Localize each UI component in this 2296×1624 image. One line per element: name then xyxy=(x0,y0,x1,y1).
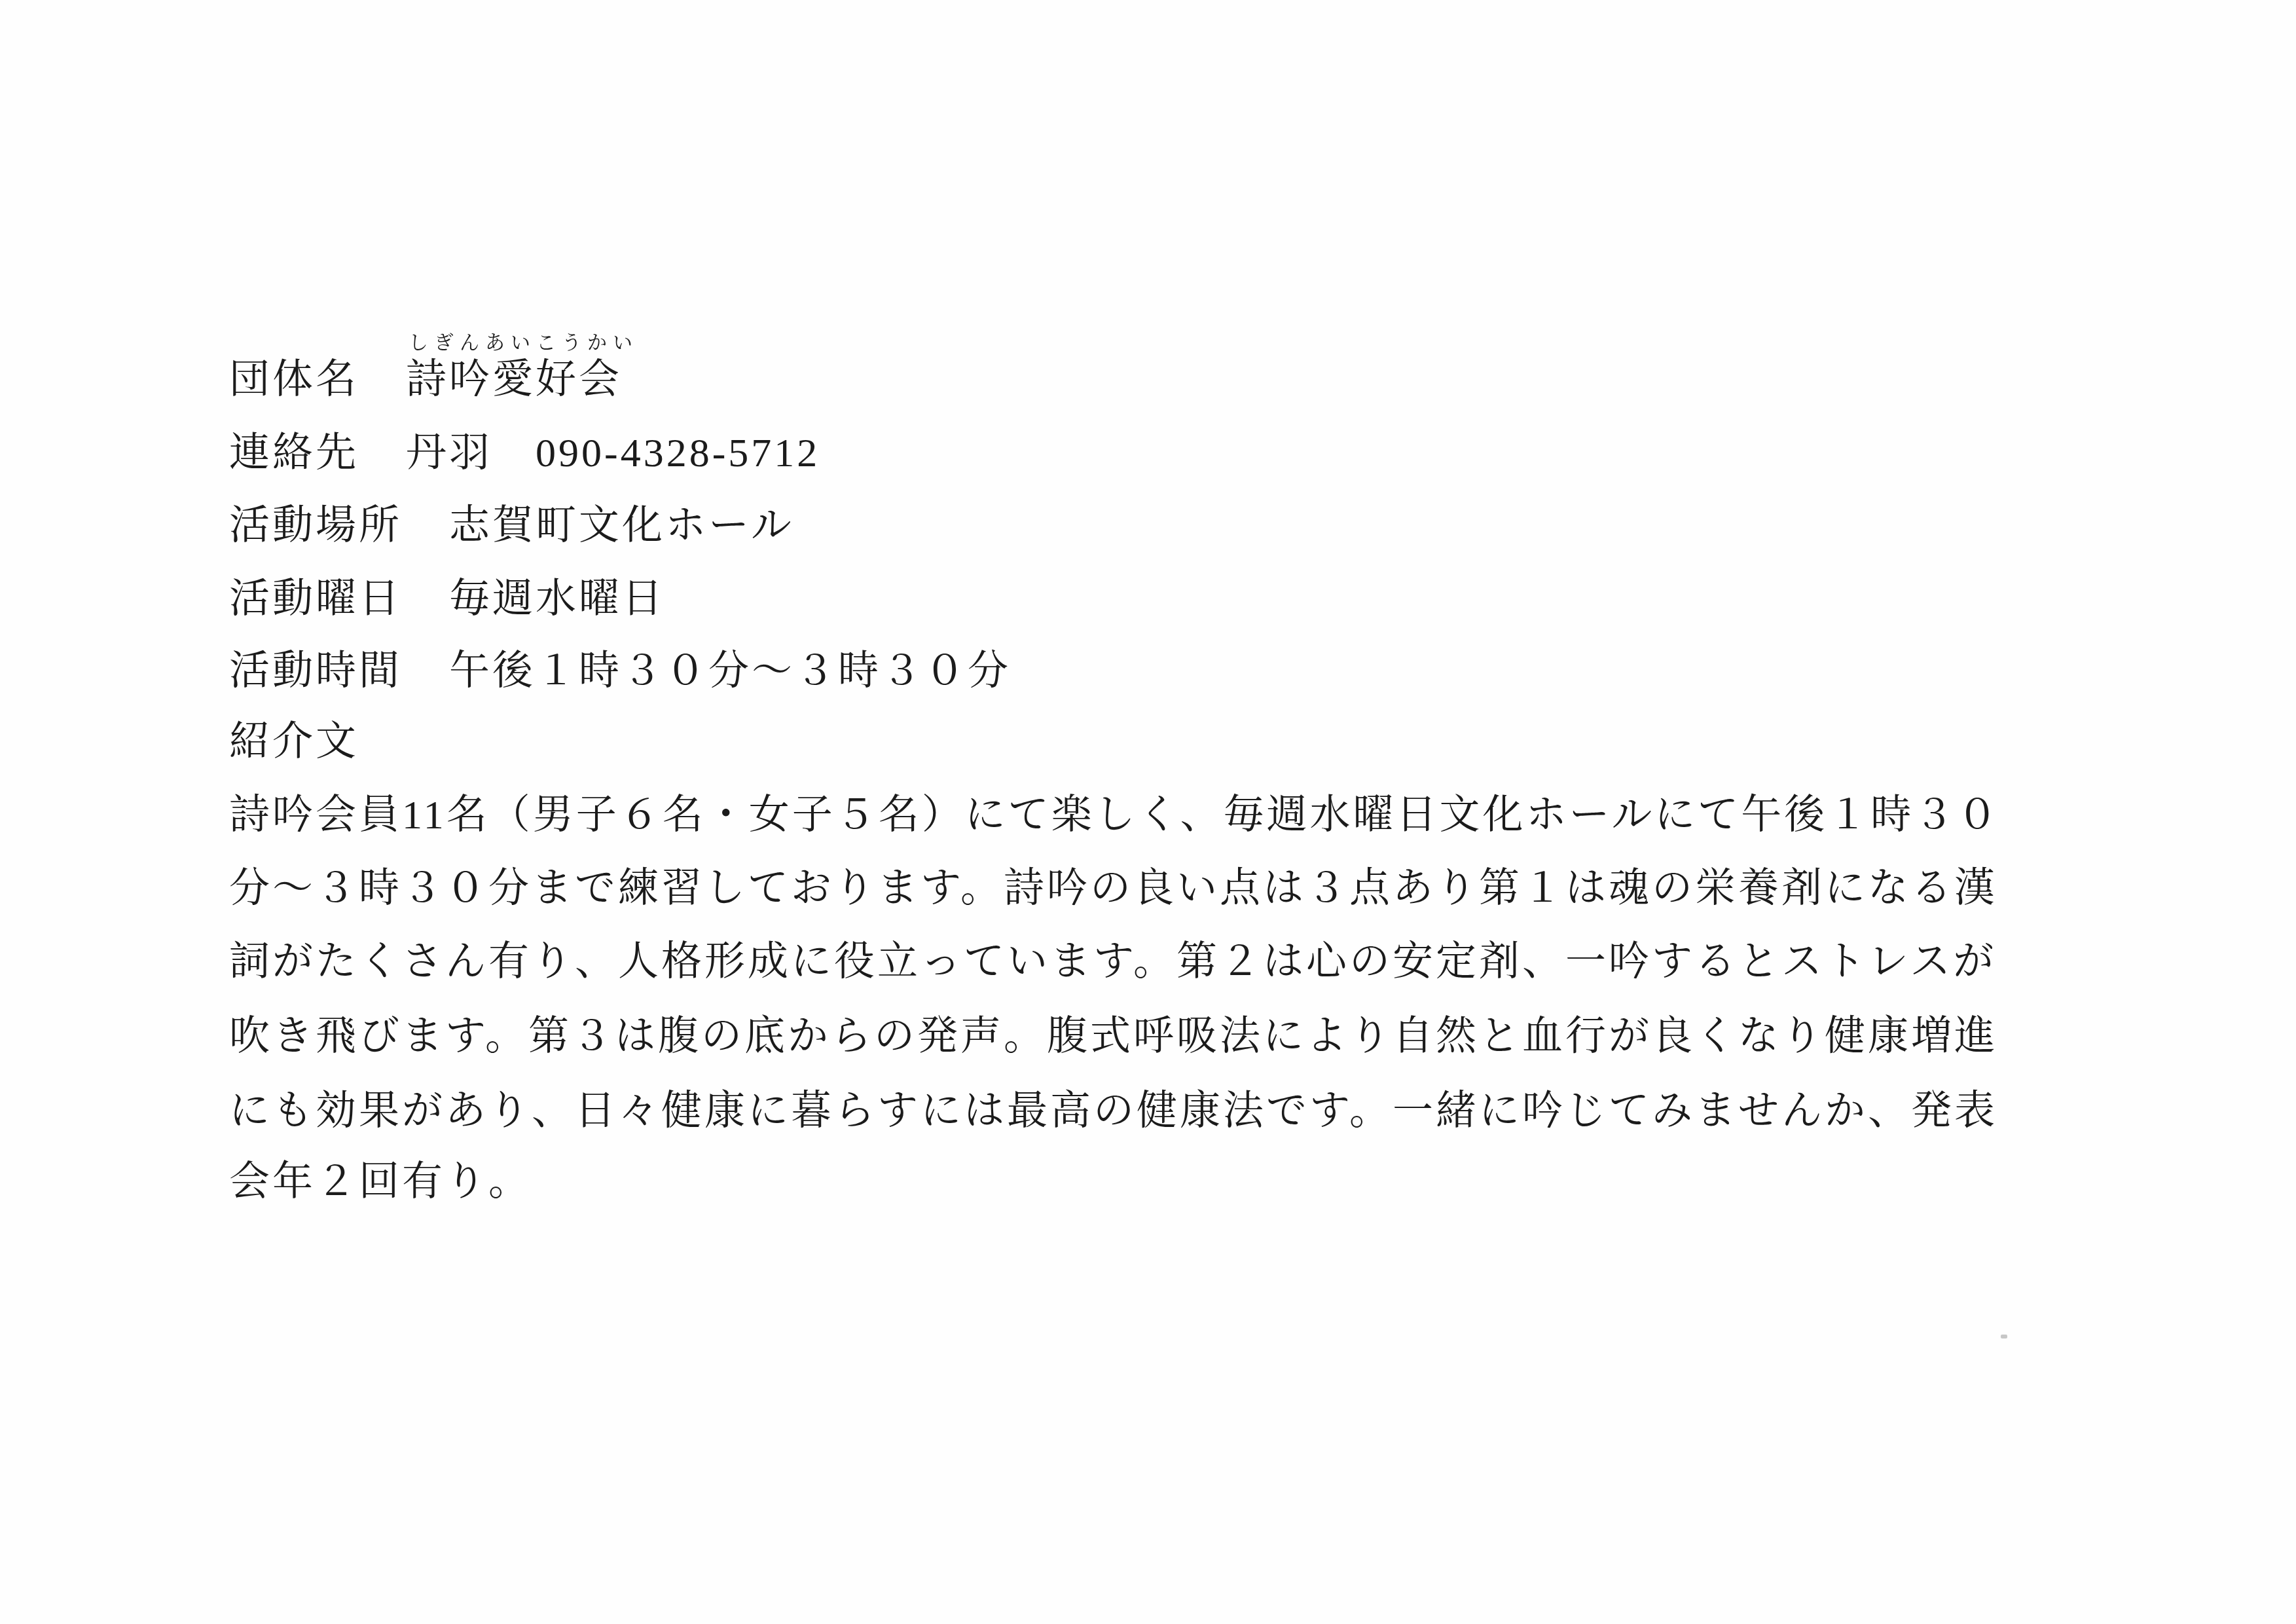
activity-time-value: 午後１時３０分～３時３０分 xyxy=(449,649,1011,693)
field-activity-day: 活動曜日毎週水曜日 xyxy=(229,575,665,623)
field-contact: 連絡先丹羽 090-4328-5712 xyxy=(229,429,820,477)
intro-paragraph-line-2: 分～３時３０分まで練習しております。詩吟の良い点は３点あり第１は魂の栄養剤になる… xyxy=(229,864,1997,913)
intro-paragraph-line-1: 詩吟会員11名（男子６名・女子５名）にて楽しく、毎週水曜日文化ホールにて午後１時… xyxy=(229,791,2000,840)
field-activity-time: 活動時間午後１時３０分～３時３０分 xyxy=(229,647,1011,695)
club-name-furigana: しぎんあいこうかい xyxy=(409,326,638,355)
field-group-name: 団体名詩吟愛好会 xyxy=(229,356,622,404)
activity-place-value: 志賀町文化ホール xyxy=(449,504,794,548)
activity-place-label: 活動場所 xyxy=(229,504,402,548)
intro-heading: 紹介文 xyxy=(229,718,359,766)
group-name-value: 詩吟愛好会 xyxy=(406,358,622,402)
scanned-document: しぎんあいこうかい 団体名詩吟愛好会 連絡先丹羽 090-4328-5712 活… xyxy=(0,0,2296,1624)
intro-paragraph-line-3: 詞がたくさん有り、人格形成に役立っています。第２は心の安定剤、一吟するとストレス… xyxy=(229,938,1996,986)
activity-day-value: 毎週水曜日 xyxy=(449,577,665,621)
activity-day-label: 活動曜日 xyxy=(229,577,402,621)
activity-time-label: 活動時間 xyxy=(229,649,402,693)
intro-paragraph-line-4: 吹き飛びます。第３は腹の底からの発声。腹式呼吸法により自然と血行が良くなり健康増… xyxy=(229,1012,1997,1061)
contact-label: 連絡先 xyxy=(229,431,359,475)
group-name-label: 団体名 xyxy=(229,358,359,402)
intro-paragraph-line-5: にも効果があり、日々健康に暮らすには最高の健康法です。一緒に吟じてみませんか、発… xyxy=(229,1087,1997,1135)
scan-artifact-speck xyxy=(2001,1335,2007,1338)
field-activity-place: 活動場所志賀町文化ホール xyxy=(229,502,794,550)
contact-value: 丹羽 090-4328-5712 xyxy=(406,431,820,475)
intro-paragraph-line-6: 会年２回有り。 xyxy=(229,1158,532,1206)
